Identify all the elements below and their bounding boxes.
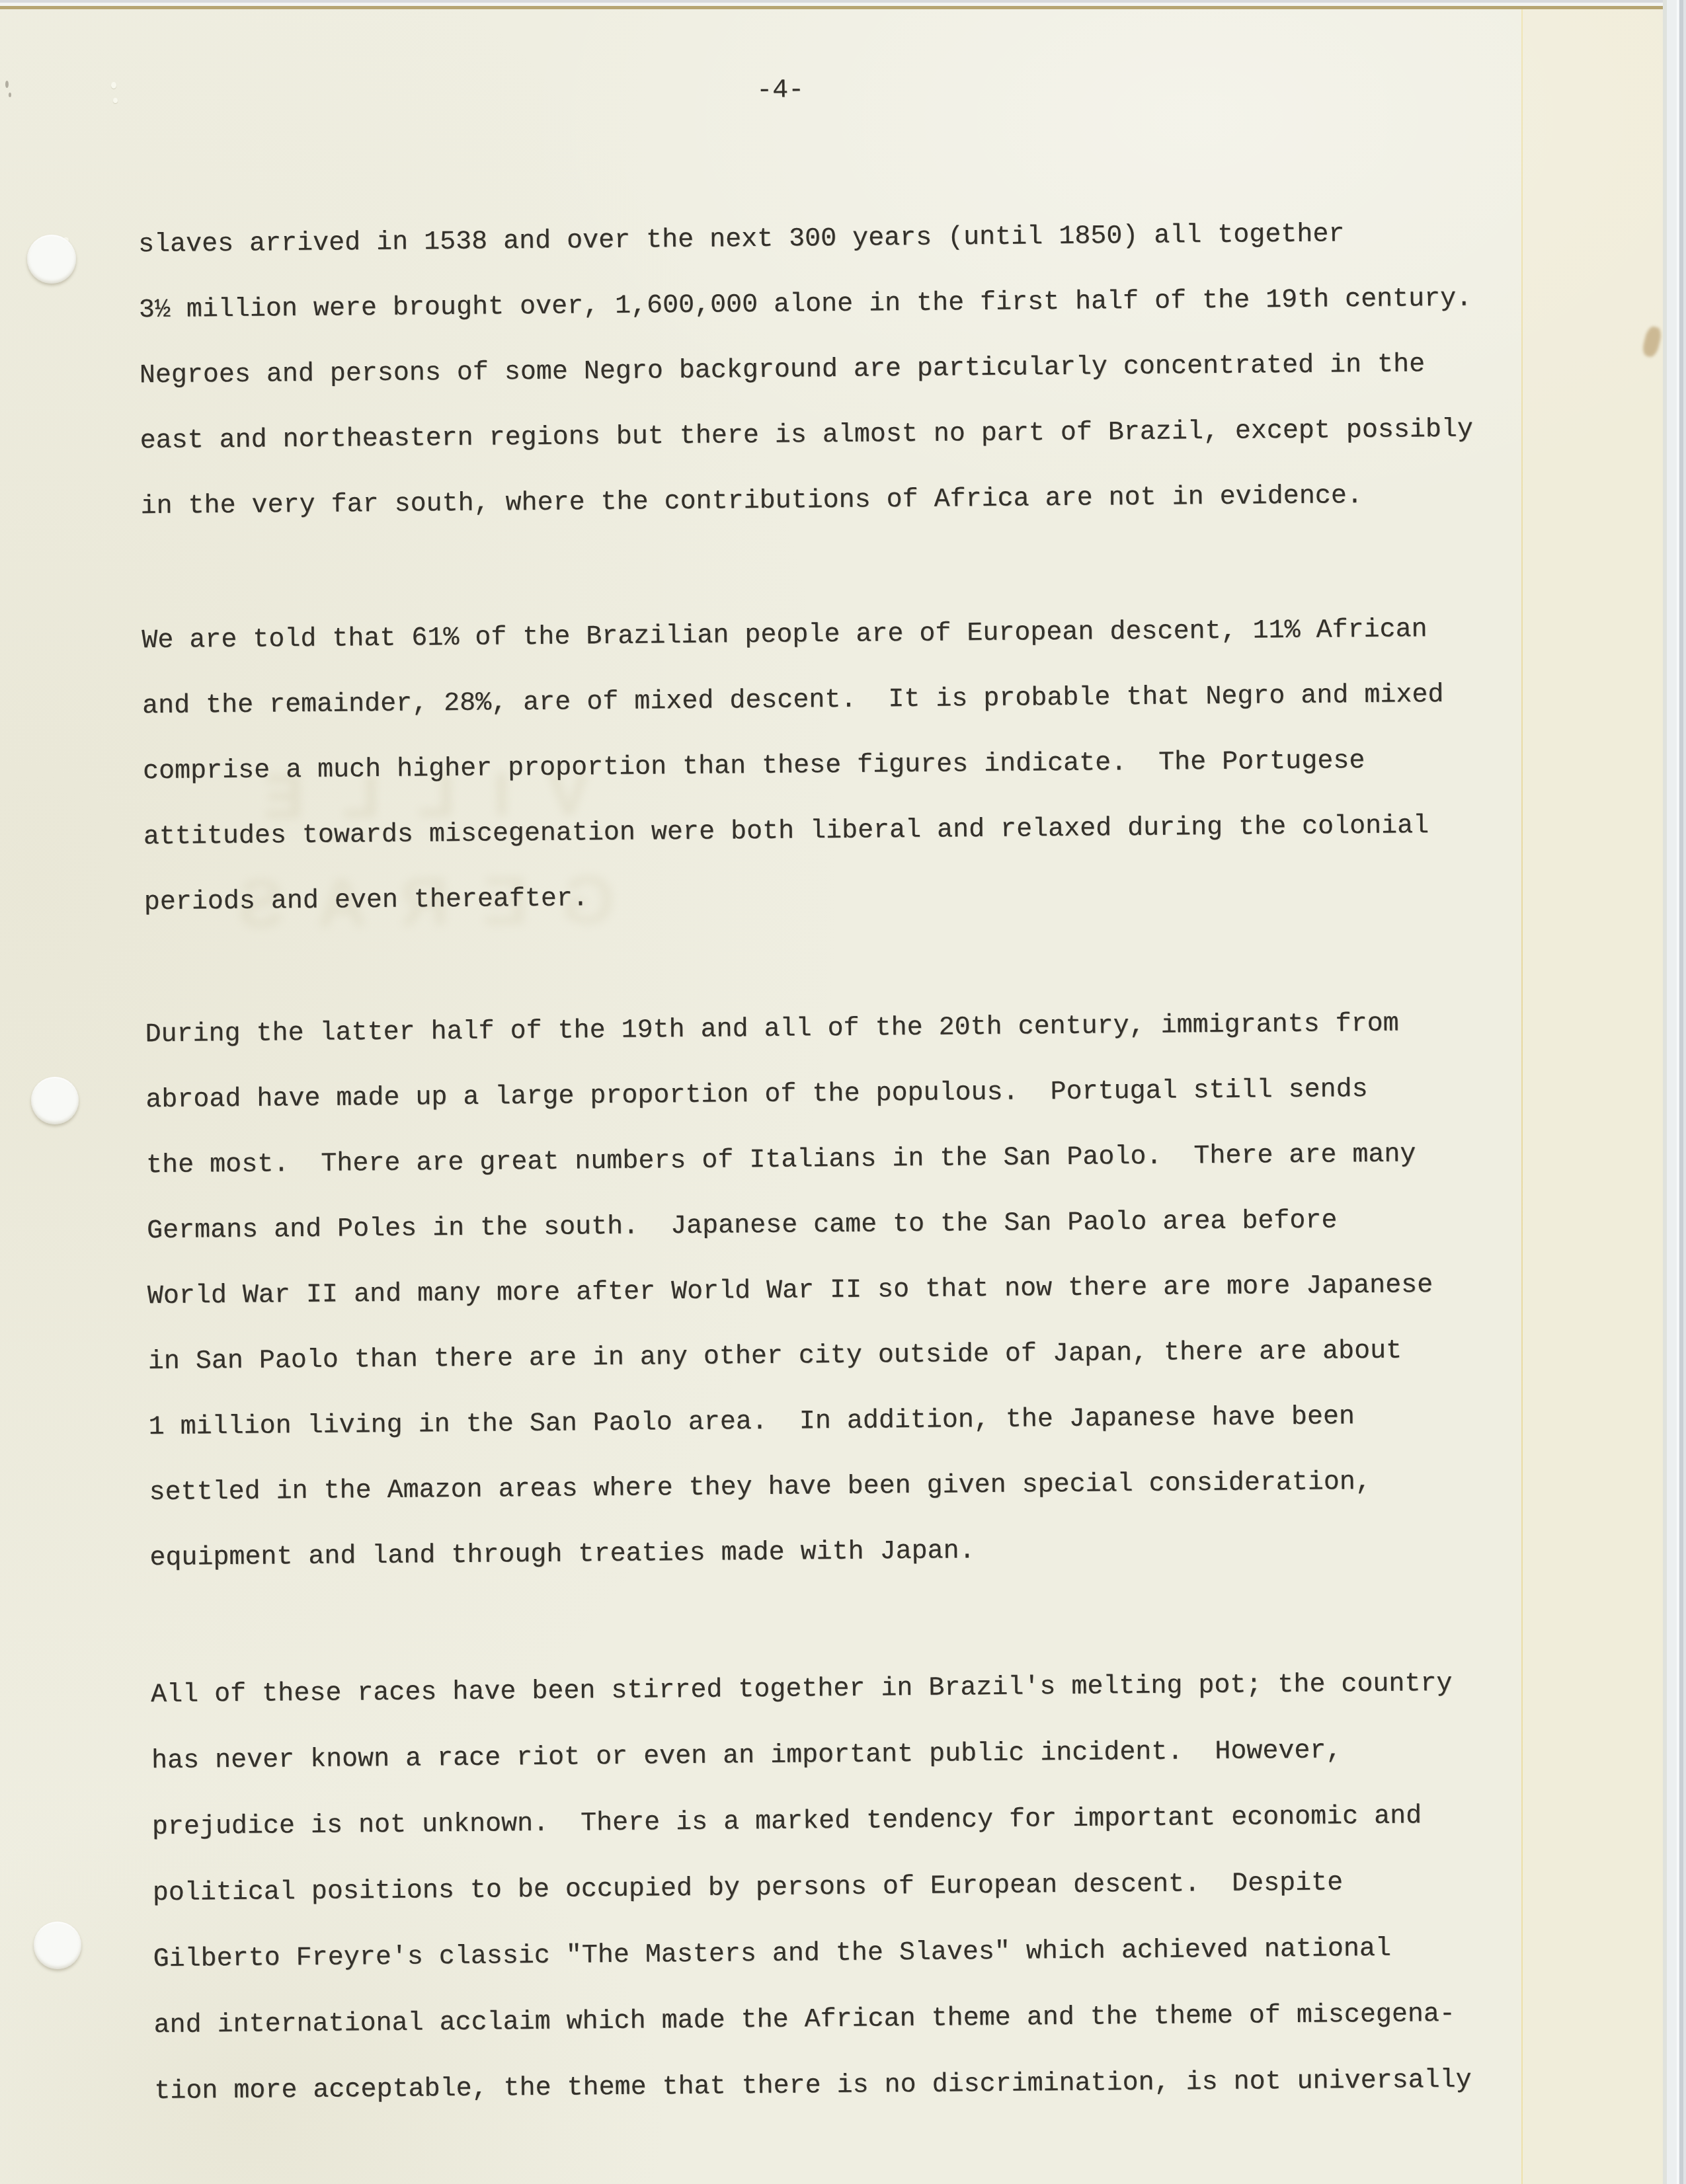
text-line: 3½ million were brought over, 1,600,000 … — [139, 266, 1472, 344]
paper-dent — [111, 82, 116, 89]
scanned-document: VILLE GERAS -4- slaves arrived in 1538 a… — [0, 0, 1686, 2184]
text-line: periods and even thereafter. — [143, 859, 1445, 935]
text-line: in the very far south, where the contrib… — [140, 463, 1474, 540]
page-number: -4- — [756, 69, 805, 113]
text-line: and international acclaim which made the… — [153, 1982, 1471, 2059]
text-line: attitudes towards miscegenation were bot… — [143, 793, 1445, 870]
typewritten-text-block: -4- slaves arrived in 1538 and over the … — [0, 9, 1663, 2184]
text-line: Negroes and persons of some Negro backgr… — [139, 332, 1472, 409]
text-line: Germans and Poles in the south. Japanese… — [147, 1187, 1433, 1264]
text-line: has never known a race riot or even an i… — [151, 1717, 1469, 1795]
text-line: tion more acceptable, the theme that the… — [154, 2048, 1472, 2125]
text-line: World War II and many more after World W… — [147, 1253, 1433, 1329]
hole-punch — [34, 1922, 81, 1969]
text-line: abroad have made up a large proportion o… — [145, 1056, 1431, 1133]
text-line: prejudice is not unknown. There is a mar… — [152, 1783, 1470, 1861]
text-line: political positions to be occupied by pe… — [152, 1850, 1470, 1927]
text-line: comprise a much higher proportion than t… — [143, 728, 1445, 804]
text-line: Gilberto Freyre's classic "The Masters a… — [153, 1916, 1470, 1993]
text-line: equipment and land through treaties made… — [149, 1514, 1435, 1591]
hole-punch — [31, 1077, 79, 1124]
text-line: We are told that 61% of the Brazilian pe… — [141, 597, 1443, 674]
text-line: During the latter half of the 19th and a… — [145, 991, 1431, 1068]
text-line: the most. There are great numbers of Ita… — [146, 1122, 1432, 1198]
paragraph-slave-history: slaves arrived in 1538 and over the next… — [138, 201, 1474, 540]
paragraph-melting-pot: All of these races have been stirred tog… — [151, 1651, 1472, 2125]
hole-punch — [27, 235, 76, 284]
document-page: VILLE GERAS -4- slaves arrived in 1538 a… — [0, 9, 1663, 2184]
paper-speck — [5, 81, 9, 88]
paragraph-descent-percentages: We are told that 61% of the Brazilian pe… — [141, 597, 1446, 935]
paper-dent — [113, 98, 118, 103]
paper-speck — [9, 93, 11, 97]
paragraph-immigrants: During the latter half of the 19th and a… — [145, 991, 1435, 1591]
scanner-outer-edge — [1683, 0, 1686, 2184]
text-line: slaves arrived in 1538 and over the next… — [138, 201, 1472, 278]
text-line: in San Paolo than there are in any other… — [147, 1318, 1433, 1395]
text-line: east and northeastern regions but there … — [140, 397, 1473, 475]
scanner-right-highlight — [1677, 0, 1679, 2184]
text-line: settled in the Amazon areas where they h… — [149, 1449, 1435, 1526]
text-line: All of these races have been stirred tog… — [151, 1651, 1468, 1729]
text-line: 1 million living in the San Paolo area. … — [148, 1384, 1434, 1460]
text-line: and the remainder, 28%, are of mixed des… — [142, 662, 1444, 739]
